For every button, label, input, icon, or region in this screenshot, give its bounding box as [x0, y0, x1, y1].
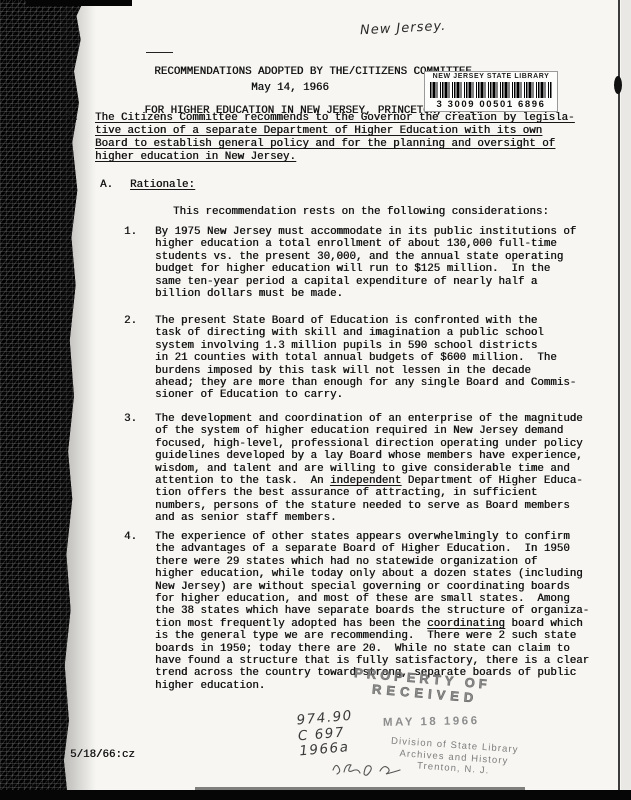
- date-received-stamp: MAY 18 1966: [383, 715, 480, 729]
- film-edge-top-bar: [26, 0, 132, 6]
- title-partial-underline: [146, 52, 173, 53]
- handwritten-scribble: [330, 756, 412, 780]
- typist-note: 5/18/66:cz: [70, 749, 135, 761]
- library-barcode-label: NEW JERSEY STATE LIBRARY 3 3009 00501 68…: [424, 71, 558, 112]
- handwritten-new-jersey-note: New Jersey.: [360, 19, 447, 38]
- consideration-2-text: The present State Board of Education is …: [155, 315, 576, 402]
- film-edge-right-blob: [614, 76, 622, 94]
- consideration-1-number: 1.: [124, 226, 137, 238]
- consideration-2-number: 2.: [124, 315, 137, 327]
- consideration-1-text: By 1975 New Jersey must accommodate in i…: [155, 226, 576, 300]
- film-edge-right-margin: [621, 0, 631, 791]
- recommendation-text: The Citizens Committee recommends to the…: [95, 112, 574, 164]
- handwritten-call-number: 974.90 C 697 1966a: [296, 709, 356, 760]
- recommendation-numeral: I.: [66, 112, 79, 125]
- consideration-4-number: 4.: [124, 531, 137, 543]
- rationale-letter: A.: [100, 179, 113, 191]
- film-edge-bottom-bar: [0, 790, 631, 800]
- library-name: NEW JERSEY STATE LIBRARY: [433, 73, 550, 80]
- barcode-image: [430, 82, 552, 98]
- consideration-3-text: The development and coordination of an e…: [155, 413, 583, 525]
- scanned-document-page: { "page": { "handwritten_note": "New Jer…: [0, 0, 631, 800]
- consideration-3-number: 3.: [124, 413, 137, 425]
- rationale-heading: Rationale:: [130, 179, 195, 191]
- film-edge-right-line: [618, 0, 620, 791]
- rationale-intro: This recommendation rests on the followi…: [173, 206, 549, 218]
- barcode-number: 3 3009 00501 6896: [436, 99, 545, 110]
